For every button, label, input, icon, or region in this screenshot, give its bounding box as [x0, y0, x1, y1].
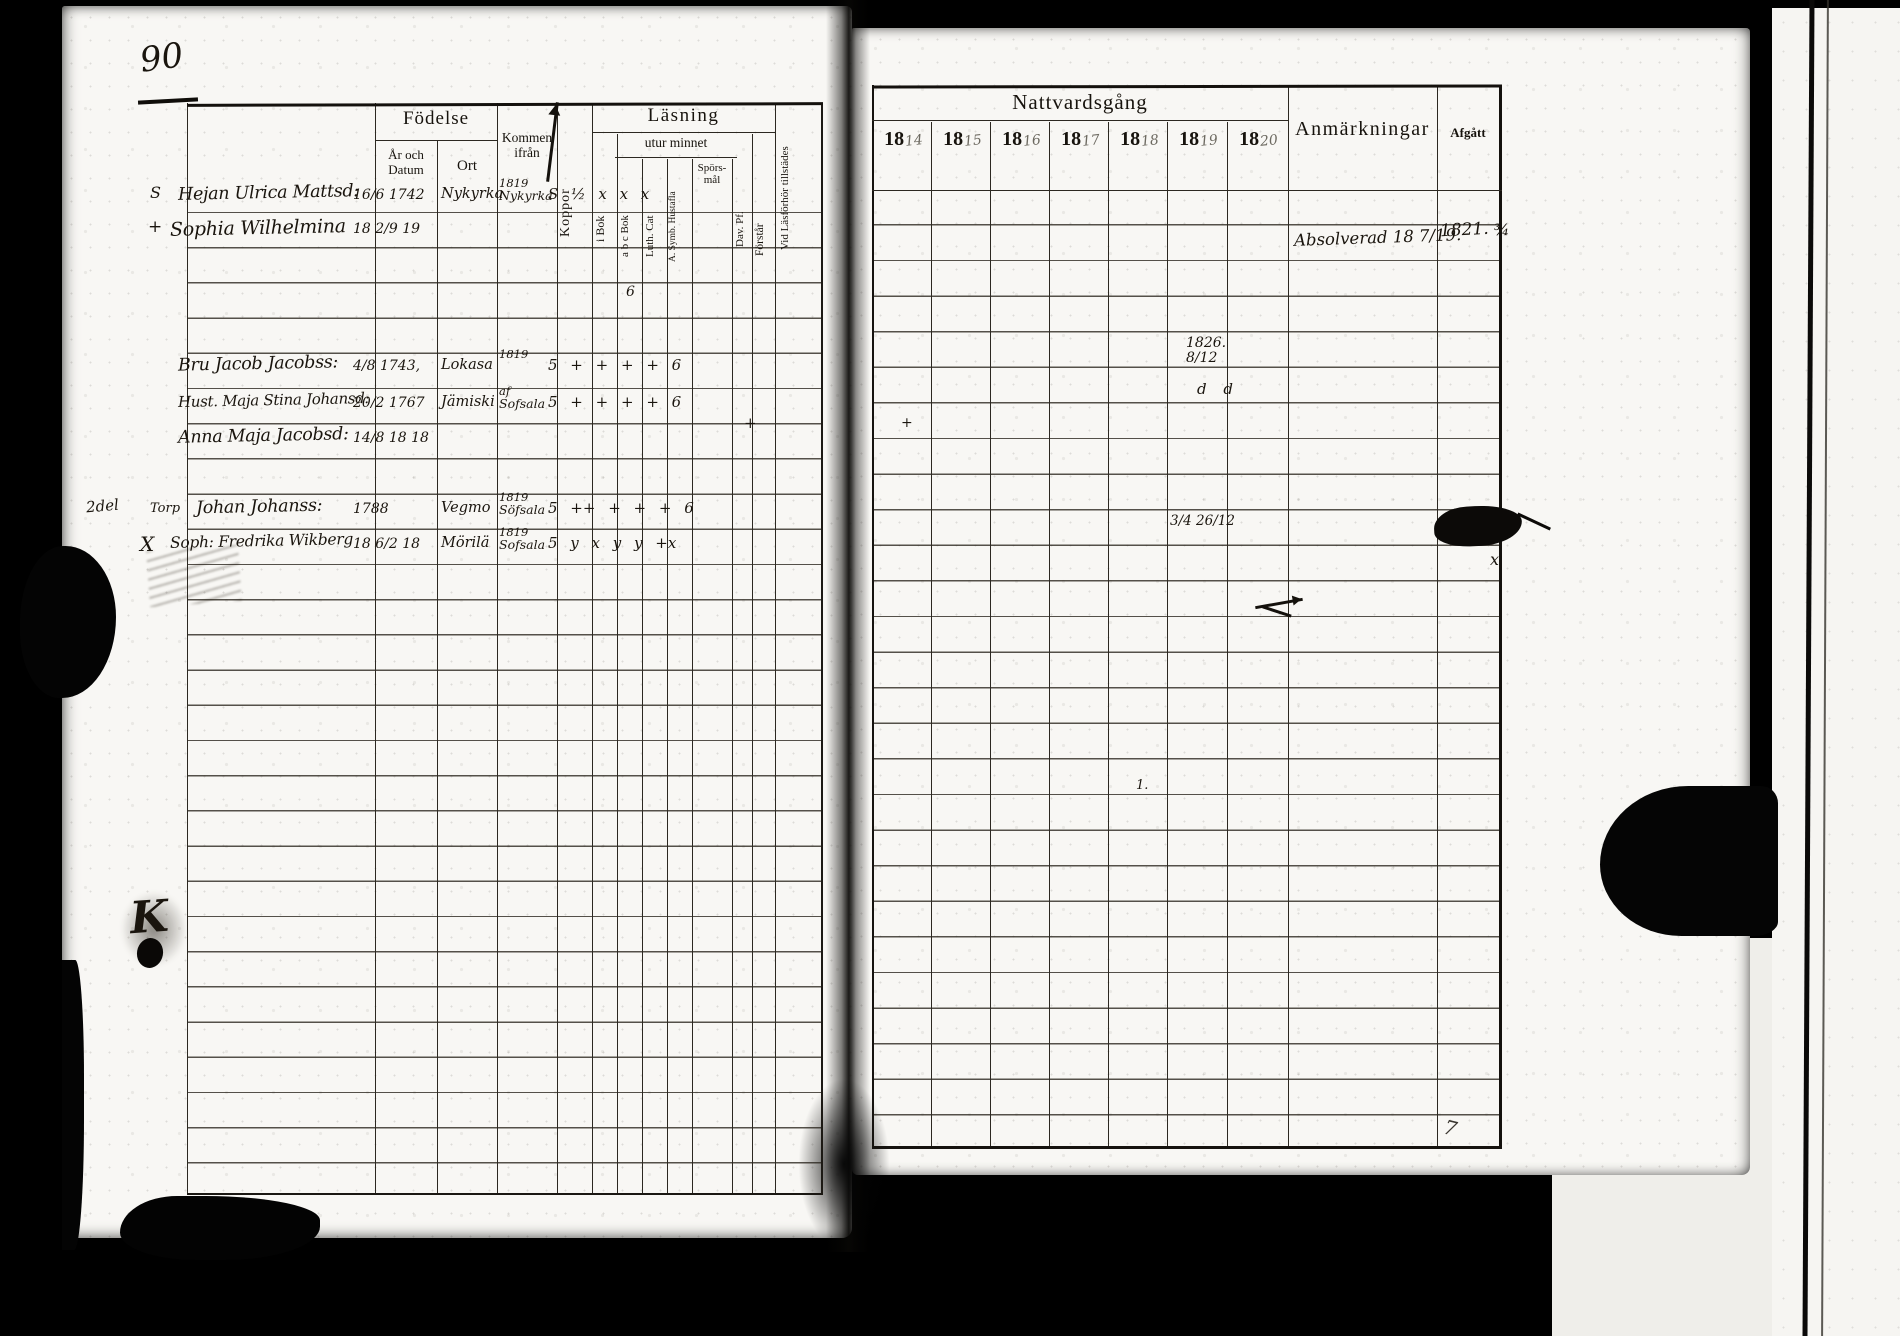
column-header-afgatt: Afgått	[1437, 125, 1499, 141]
birth-place: Jämiski	[441, 394, 495, 410]
year-suffix-handwritten: 19	[1199, 132, 1218, 150]
came-from: 1819Sofsala	[499, 526, 547, 552]
page-number: 90	[137, 35, 185, 81]
reading-marks: S ½ x x x	[548, 185, 649, 203]
communion-day: 8/12	[1186, 351, 1226, 366]
table-line	[375, 103, 376, 1195]
ledger-row: Anna Maja Jacobsd: 14/8 18 18	[0, 424, 852, 459]
stray-mark: +	[901, 415, 913, 431]
person-name: Hejan Ulrica Mattsd:	[178, 181, 359, 205]
table-line	[692, 159, 693, 1195]
row-prefix-mark: X	[140, 532, 154, 556]
came-from: afSofsala	[499, 385, 547, 411]
column-header-kommen-ifran: Kommen ifrån	[497, 130, 557, 160]
year-column-header: 1816	[992, 128, 1051, 151]
table-line	[617, 134, 618, 1195]
person-name: Johan Johanss:	[196, 496, 323, 519]
birth-date: 4/8 1743,	[353, 358, 420, 374]
birth-place: Lokasa	[441, 357, 493, 373]
birth-place: Vegmo	[441, 500, 490, 516]
year-prefix: 18	[1120, 128, 1140, 150]
table-line	[615, 157, 737, 158]
table-line	[821, 103, 823, 1195]
ledger-row: Torp Johan Johanss: 1788 Vegmo 1819Söfsa…	[0, 495, 852, 530]
came-from-year: 1819	[499, 348, 547, 360]
ditto-marks: d d	[1197, 380, 1239, 398]
birth-date: 18 2/9 19	[353, 221, 420, 237]
year-suffix-handwritten: 14	[904, 132, 923, 150]
year-prefix: 18	[1239, 128, 1259, 150]
table-line	[437, 141, 438, 1195]
departed-date-fraction: ¾	[1494, 220, 1510, 239]
table-line	[931, 122, 932, 1148]
table-line	[990, 122, 991, 1148]
row-prefix-mark: Torp	[150, 501, 180, 516]
column-header-nattvardsgang: Nattvardsgång	[872, 90, 1288, 115]
table-line	[667, 159, 668, 1195]
table-line	[1227, 122, 1228, 1148]
margin-ink-mark: K	[128, 891, 170, 945]
stray-mark: 6	[626, 284, 635, 300]
table-line	[775, 103, 776, 1195]
column-header-fodelse: Födelse	[375, 108, 497, 130]
table-line	[592, 103, 593, 1195]
margin-note: 2del	[85, 496, 119, 517]
reading-marks: 5 + + + + 6	[548, 393, 681, 411]
column-header-lasning: Läsning	[592, 105, 775, 127]
year-suffix-handwritten: 17	[1081, 132, 1100, 150]
table-row-lines	[873, 190, 1499, 1146]
came-from-place: Sofsala	[499, 538, 547, 552]
came-from-place: Nykyrka	[499, 189, 547, 203]
year-suffix-handwritten: 18	[1140, 132, 1159, 150]
scan-black-blob	[1600, 786, 1778, 936]
year-prefix: 18	[1061, 128, 1081, 150]
scan-black-blob	[62, 960, 84, 1250]
stray-mark: x	[1490, 550, 1499, 569]
scan-black-blob	[120, 1196, 320, 1260]
table-row-lines	[188, 178, 821, 1194]
year-column-header: 1817	[1051, 128, 1110, 151]
year-prefix: 18	[1179, 128, 1199, 150]
year-suffix-handwritten: 15	[963, 132, 982, 150]
communion-date: 3/4 26/12	[1170, 513, 1235, 529]
year-prefix: 18	[943, 128, 963, 150]
table-line	[872, 85, 874, 1148]
communion-year: 1826.	[1186, 336, 1226, 351]
year-column-header: 1815	[933, 128, 992, 151]
departed-year: 1821.	[1440, 219, 1490, 242]
table-line	[1108, 122, 1109, 1148]
column-header-ar-och-datum: År och Datum	[377, 147, 435, 177]
birth-date: 18 6/2 18	[353, 536, 420, 552]
table-line	[375, 140, 497, 141]
table-line	[557, 103, 558, 1195]
communion-date: 1826.8/12	[1186, 336, 1226, 366]
table-line	[187, 1193, 823, 1195]
person-name: Hust. Maja Stina Johansd:	[178, 389, 370, 411]
came-from: 1819Söfsala	[499, 491, 547, 517]
birth-date: 20/2 1767	[353, 395, 425, 411]
row-prefix-mark: +	[148, 217, 162, 237]
came-from: 1819	[499, 348, 547, 360]
table-line	[752, 134, 753, 1195]
person-name: Soph: Fredrika Wikberg	[170, 530, 353, 552]
stray-mark: 1.	[1136, 778, 1148, 793]
year-column-header: 1814	[874, 128, 933, 151]
year-prefix: 18	[1002, 128, 1022, 150]
came-from-place: Sofsala	[499, 397, 547, 411]
ledger-row: Bru Jacob Jacobss: 4/8 1743, Lokasa 1819…	[0, 352, 852, 387]
birth-date: 1788	[353, 501, 389, 517]
stray-mark: +	[744, 414, 757, 432]
table-line	[872, 120, 1288, 121]
year-column-header: 1820	[1229, 128, 1288, 151]
person-name: Sophia Wilhelmina	[170, 215, 346, 241]
reading-marks: 5 + + + + 6	[548, 356, 681, 374]
ledger-row: + Sophia Wilhelmina 18 2/9 19	[0, 215, 852, 250]
year-suffix-handwritten: 20	[1259, 132, 1278, 150]
came-from: 1819Nykyrka	[499, 177, 547, 203]
birth-place: Mörilä	[441, 535, 489, 551]
year-prefix: 18	[884, 128, 904, 150]
column-header-utur-minnet: utur minnet	[615, 135, 737, 151]
table-line	[1167, 122, 1168, 1148]
ledger-row: X Soph: Fredrika Wikberg 18 6/2 18 Möril…	[0, 530, 852, 565]
row-prefix-mark: S	[150, 183, 161, 202]
year-column-header: 1818	[1110, 128, 1169, 151]
reading-marks: 5 ++ + + + 6	[548, 499, 694, 517]
ledger-row: S Hejan Ulrica Mattsd: 16/6 1742 Nykyrka…	[0, 181, 852, 216]
birth-date: 14/8 18 18	[353, 430, 429, 446]
birth-date: 16/6 1742	[353, 187, 425, 203]
table-line	[872, 1146, 1502, 1149]
year-column-header: 1819	[1169, 128, 1228, 151]
reading-marks: 5 y x y y +x	[548, 534, 676, 552]
year-suffix-handwritten: 16	[1022, 132, 1041, 150]
table-line	[187, 103, 188, 1195]
table-line	[642, 159, 643, 1195]
person-name: Anna Maja Jacobsd:	[178, 424, 349, 448]
column-header-ort: Ort	[437, 158, 497, 175]
person-name: Bru Jacob Jacobss:	[178, 352, 338, 375]
scanned-parish-register-spread: 90 Födelse År och Datum Ort Kommen ifrån…	[0, 0, 1900, 1336]
column-header-anmarkningar: Anmärkningar	[1288, 118, 1437, 141]
table-line	[592, 132, 775, 133]
table-line	[1499, 85, 1502, 1148]
table-line	[497, 103, 498, 1195]
birth-place: Nykyrka	[441, 186, 503, 202]
scan-right-strip	[1772, 8, 1900, 1336]
table-line	[1049, 122, 1050, 1148]
came-from-place: Söfsala	[499, 503, 547, 517]
table-line	[872, 190, 1502, 191]
ledger-row: Hust. Maja Stina Johansd: 20/2 1767 Jämi…	[0, 389, 852, 424]
table-line	[732, 159, 733, 1195]
